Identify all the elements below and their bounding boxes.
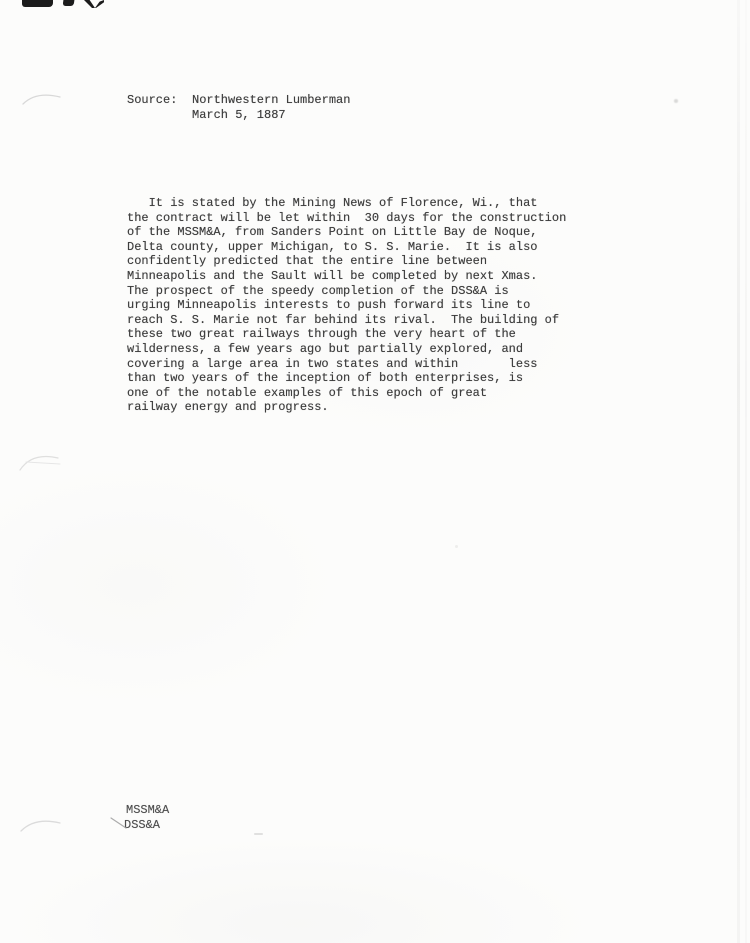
scan-edge-streak: [745, 0, 747, 943]
scanned-page: Source: Northwestern Lumberman March 5, …: [0, 0, 750, 943]
body-paragraph: It is stated by the Mining News of Flore…: [127, 196, 566, 415]
scan-edge-streak: [737, 0, 740, 943]
scan-artifact-mark: [22, 0, 53, 7]
notation-dssa: DSS&A: [124, 818, 160, 833]
pencil-arc-mark: [16, 448, 64, 474]
pencil-arc-mark: [18, 813, 64, 835]
pencil-check-mark: [109, 815, 129, 831]
scan-artifact-mark: [84, 0, 104, 8]
paper-speck: [674, 99, 678, 103]
notation-mssma: MSSM&A: [126, 803, 169, 818]
source-publication: Northwestern Lumberman: [192, 93, 350, 108]
source-label: Source:: [127, 93, 177, 108]
scan-artifact-mark: [63, 0, 75, 6]
pencil-arc-mark: [20, 88, 64, 108]
source-date: March 5, 1887: [192, 108, 286, 123]
paper-speck: [254, 833, 263, 835]
paper-speck: [455, 545, 458, 548]
